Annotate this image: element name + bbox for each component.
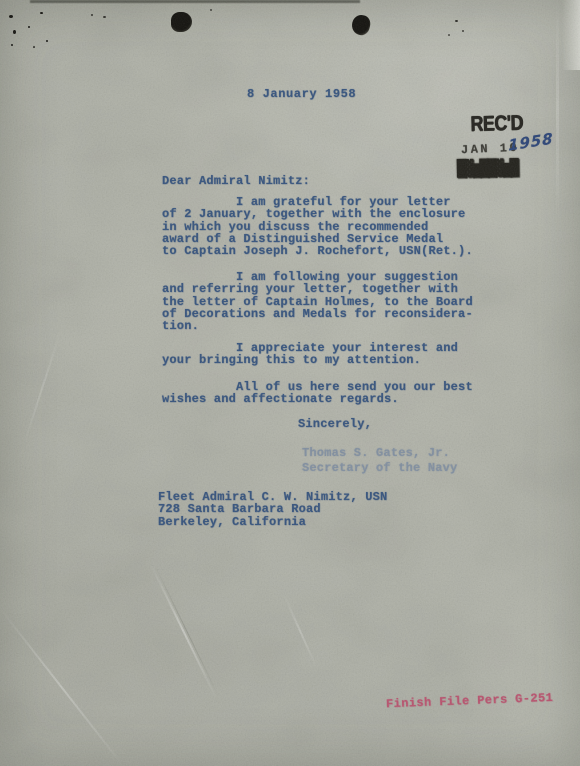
paper-crease (153, 563, 220, 698)
punch-hole-left (171, 12, 192, 32)
ink-speckle (11, 44, 13, 46)
paragraph-2: I am following your suggestion and refer… (162, 271, 473, 332)
punch-hole-right (350, 13, 372, 37)
ink-speckle (103, 16, 106, 18)
scanned-letter-page: 8 January 1958 Dear Admiral Nimitz: I am… (0, 0, 580, 766)
scan-corner-highlight (562, 0, 580, 70)
file-routing-stamp: Finish File Pers G-251 (386, 691, 554, 711)
ink-speckle (462, 30, 464, 32)
ink-speckle (455, 20, 458, 22)
ink-speckle (91, 14, 93, 16)
closing: Sincerely, (298, 418, 372, 430)
paragraph-1: I am grateful for your letter of 2 Janua… (162, 196, 473, 257)
ink-speckle (210, 9, 212, 11)
paper-crease (150, 564, 218, 700)
paper-crease (556, 0, 559, 220)
scan-top-edge-shadow (30, 0, 360, 3)
paper-crease (283, 594, 317, 668)
overstruck-illegible-stamp: █▓▆██▓▆█ (457, 158, 518, 178)
signature-block: Thomas S. Gates, Jr. Secretary of the Na… (302, 446, 457, 476)
paragraph-4: All of us here send you our best wishes … (162, 381, 473, 406)
ink-speckle (46, 40, 48, 42)
ink-speckle (448, 34, 450, 36)
recipient-address: Fleet Admiral C. W. Nimitz, USN 728 Sant… (158, 491, 387, 528)
ink-speckle (40, 12, 43, 14)
salutation: Dear Admiral Nimitz: (162, 175, 310, 187)
letter-date: 8 January 1958 (247, 88, 356, 100)
ink-speckle (33, 46, 35, 48)
ink-speckle (9, 15, 13, 18)
paper-crease (0, 609, 125, 766)
paper-crease (23, 330, 62, 445)
paragraph-3: I appreciate your interest and your brin… (162, 342, 458, 367)
paper-crease (0, 90, 2, 184)
received-stamp: REC'D (470, 112, 523, 138)
ink-speckle (28, 26, 30, 28)
ink-speckle (13, 30, 16, 34)
